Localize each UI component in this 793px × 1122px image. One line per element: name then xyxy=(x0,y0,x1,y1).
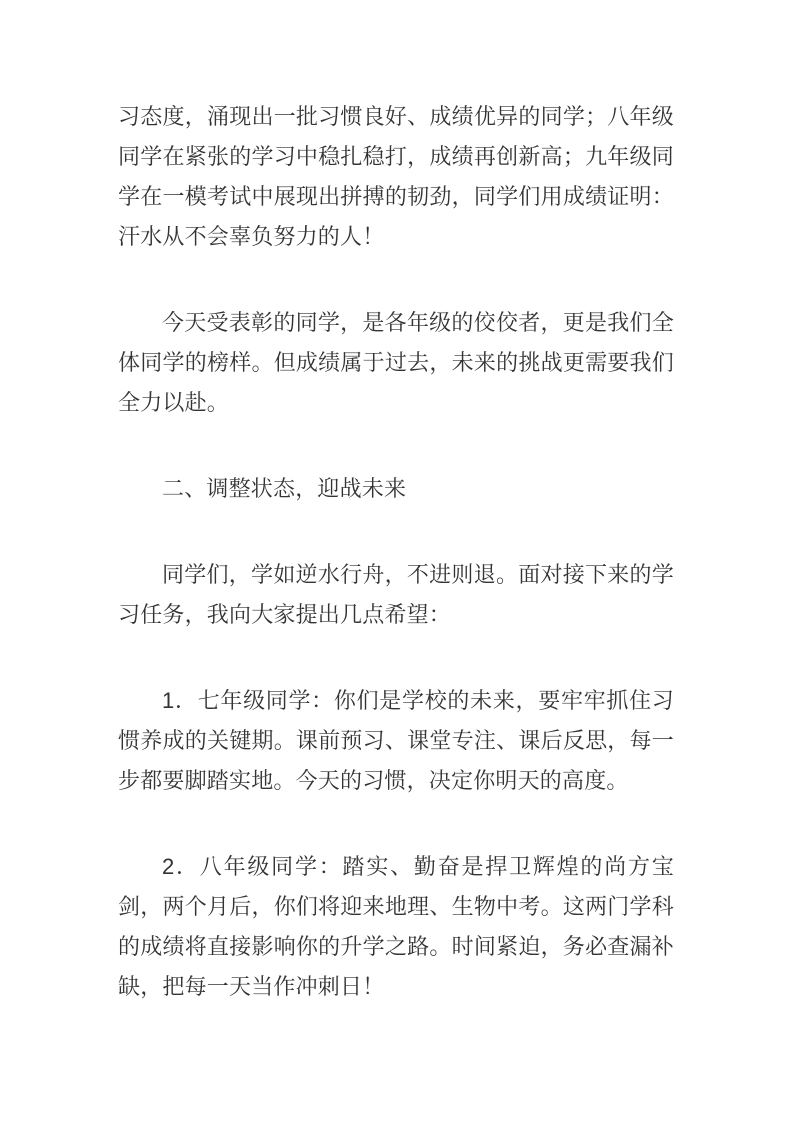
paragraph-grade8-advice: 2．八年级同学：踏实、勤奋是捍卫辉煌的尚方宝剑，两个月后，你们将迎来地理、生物中… xyxy=(118,847,674,1007)
paragraph-hopes-intro: 同学们，学如逆水行舟，不进则退。面对接下来的学习任务，我向大家提出几点希望： xyxy=(118,555,674,635)
document-page: 习态度，涌现出一批习惯良好、成绩优异的同学；八年级同学在紧张的学习中稳扎稳打，成… xyxy=(118,97,674,1007)
paragraph-continuation-results: 习态度，涌现出一批习惯良好、成绩优异的同学；八年级同学在紧张的学习中稳扎稳打，成… xyxy=(118,97,674,257)
paragraph-grade7-advice: 1．七年级同学：你们是学校的未来，要牢牢抓住习惯养成的关键期。课前预习、课堂专注… xyxy=(118,681,674,801)
section-heading-part-two: 二、调整状态，迎战未来 xyxy=(118,469,674,509)
paragraph-commended-students: 今天受表彰的同学，是各年级的佼佼者，更是我们全体同学的榜样。但成绩属于过去，未来… xyxy=(118,303,674,423)
